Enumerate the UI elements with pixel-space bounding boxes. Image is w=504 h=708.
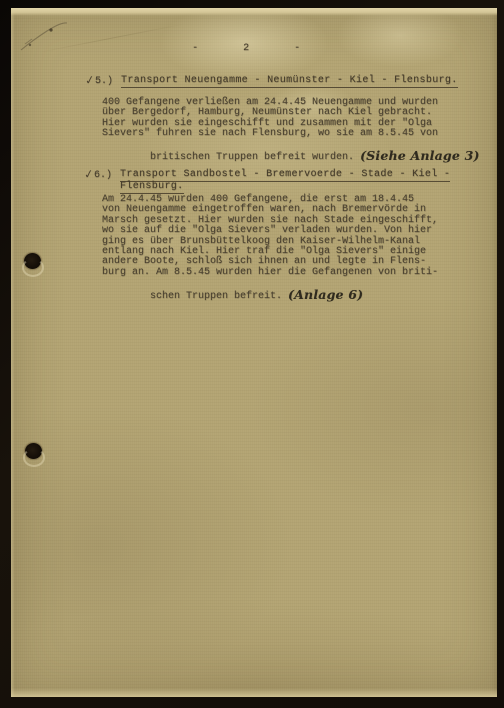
section-number: 5.) <box>95 76 121 87</box>
handwritten-annotation: (Siehe Anlage 3) <box>360 148 480 163</box>
paper-top-edge <box>11 8 497 16</box>
section-number: 6.) <box>94 170 120 181</box>
section-6-body: Am 24.4.45 wurden 400 Gefangene, die ers… <box>102 195 438 312</box>
typed-line: Sievers" fuhren sie nach Flensburg, wo s… <box>102 129 480 139</box>
section-heading: Transport Sandbostel - Bremervoerde - St… <box>120 170 450 194</box>
checkmark-annotation: ✓ <box>83 168 95 180</box>
typed-line: schen Truppen befreit.(Anlage 6) <box>102 278 438 312</box>
handwritten-annotation: (Anlage 6) <box>288 287 363 302</box>
scanned-document: - 2 - ✓ 5.) Transport Neuengamme - Neumü… <box>0 0 504 708</box>
section-5-header: ✓ 5.) Transport Neuengamme - Neumünster … <box>85 76 458 88</box>
section-6-header: ✓ 6.) Transport Sandbostel - Bremervoerd… <box>84 170 450 194</box>
typed-line: burg an. Am 8.5.45 wurden hier die Gefan… <box>102 268 438 278</box>
paper-left-edge <box>11 8 15 697</box>
section-5-body: 400 Gefangene verließen am 24.4.45 Neuen… <box>102 98 480 174</box>
checkmark-annotation: ✓ <box>84 74 96 86</box>
pencil-scribble-mark <box>17 18 71 56</box>
paper-bottom-edge <box>11 688 497 697</box>
hole-punch <box>24 253 41 269</box>
document-page: - 2 - ✓ 5.) Transport Neuengamme - Neumü… <box>11 8 497 697</box>
page-number: - 2 - <box>192 43 311 54</box>
hole-punch <box>25 443 42 459</box>
section-heading: Transport Neuengamme - Neumünster - Kiel… <box>121 76 458 88</box>
